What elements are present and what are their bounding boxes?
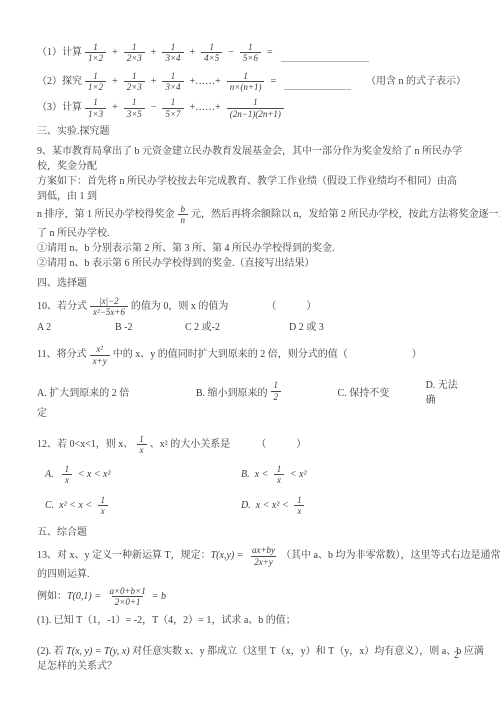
denominator: 2×3 — [124, 52, 145, 63]
denominator: 2 — [271, 391, 282, 402]
section-heading-comprehensive: 五、综合题 — [37, 525, 466, 540]
problem-12: 12、若 0<x<1，则 x、 1x 、x² 的大小关系是 （ ） A. 1x … — [37, 434, 466, 516]
numerator: 1 — [90, 42, 101, 52]
fraction: 13×4 — [162, 71, 183, 93]
document-page: （1）计算 11×2 + 12×3 + 13×4 + 14×5 − 15×6 =… — [0, 0, 500, 707]
fraction: ax+by2x+y — [249, 545, 278, 567]
fraction: 14×5 — [201, 42, 222, 64]
calc-problem-1-label: （1）计算 — [37, 47, 82, 59]
problem-11-text2: 中的 x、y 的值同时扩大到原来的 2 倍，则分式的值（ — [113, 349, 348, 361]
option-b-text: B. 缩小到原来的 — [196, 384, 268, 399]
calc-problem-2-label: （2）探究 — [37, 76, 82, 88]
fraction: 15×7 — [162, 97, 183, 119]
fraction: 11×3 — [85, 97, 106, 119]
example-rhs: = b — [152, 591, 166, 603]
plus-operator: + — [151, 47, 157, 59]
fraction: 1(2n−1)(2n+1) — [227, 97, 284, 119]
problem-9-subquestion-1: ①请用 n、b 分别表示第 2 所、第 3 所、第 4 所民办学校得到的奖金. — [37, 241, 466, 256]
problem-10-question: 10、若分式 |x|−2x²−5x+6 的值为 0，则 x 的值为 （ ） — [37, 296, 466, 318]
problem-13-definition: 13、对 x、y 定义一种新运算 T，规定： T(x,y) = ax+by2x+… — [37, 545, 466, 567]
denominator: 1×3 — [85, 108, 106, 119]
fraction: 1x — [274, 464, 285, 486]
option-c: C. 保持不变 — [338, 384, 426, 399]
problem-13-text: 13、对 x、y 定义一种新运算 T，规定： — [37, 550, 211, 562]
option-a-expr: < x < x² — [75, 469, 110, 480]
example-label: 例如： — [37, 591, 67, 603]
section-heading-experiment: 三、实验.探究题 — [37, 124, 466, 139]
equals-sign: = — [270, 76, 276, 88]
fraction: 11×2 — [85, 71, 106, 93]
option-d: D 2 或 3 — [289, 320, 324, 335]
calc-problem-2: （2）探究 11×2 + 12×3 + 13×4 +……+ 1n×(n+1) =… — [37, 71, 466, 93]
example-lhs: T(0,1) = — [67, 591, 103, 603]
problem-9-line3: n 排序，第 1 所民办学校得奖金 bn 元，然后再将余额除以 n，发给第 2 … — [37, 204, 466, 226]
problem-13-example: 例如： T(0,1) = a×0+b×12×0+1 = b — [37, 586, 466, 608]
problem-13: 13、对 x、y 定义一种新运算 T，规定： T(x,y) = ax+by2x+… — [37, 545, 466, 673]
numerator: 1 — [129, 71, 140, 81]
fraction: 12×3 — [124, 71, 145, 93]
problem-10-text2: 的值为 0，则 x 的值为 — [131, 301, 229, 313]
numerator: 1 — [168, 42, 179, 52]
problem-12-question: 12、若 0<x<1，则 x、 1x 、x² 的大小关系是 （ ） — [37, 434, 466, 456]
ellipsis-plus-operator: +……+ — [190, 102, 221, 114]
problem-10: 10、若分式 |x|−2x²−5x+6 的值为 0，则 x 的值为 （ ） A … — [37, 296, 466, 336]
denominator: 1×2 — [85, 52, 106, 63]
denominator: x — [274, 474, 284, 485]
fraction: 1x — [294, 495, 305, 517]
option-b-expr-left: B. x < — [241, 469, 271, 480]
fraction: 1x — [62, 464, 73, 486]
plus-operator: + — [112, 76, 118, 88]
denominator: 1×2 — [85, 81, 106, 92]
problem-10-options: A 2 B -2 C 2 或-2 D 2 或 3 — [37, 320, 466, 335]
fraction: 12 — [271, 380, 282, 402]
option-d-expr: D. x < x² < — [241, 500, 291, 511]
fraction: 11×2 — [85, 42, 106, 64]
problem-9-subquestion-2: ②请用 n、b 表示第 6 所民办学校得到的奖金.（直接写出结果） — [37, 256, 466, 271]
numerator: 1 — [136, 434, 147, 444]
numerator: b — [178, 204, 189, 214]
plus-operator: + — [112, 47, 118, 59]
plus-operator: + — [112, 102, 118, 114]
answer-paren-close: ） — [412, 349, 422, 361]
problem-9-line2: 方案如下：首先将 n 所民办学校按去年完成教育、教学工作业绩（假设工作业绩均不相… — [37, 174, 466, 204]
numerator: 1 — [129, 42, 140, 52]
option-c: C 2 或-2 — [185, 320, 289, 335]
calc-problem-1: （1）计算 11×2 + 12×3 + 13×4 + 14×5 − 15×6 = — [37, 42, 466, 64]
numerator: x² — [93, 344, 106, 354]
option-d-wrap: 定 — [37, 406, 466, 421]
denominator: 2×3 — [124, 81, 145, 92]
fraction: 13×5 — [124, 97, 145, 119]
answer-paren: （ ） — [256, 439, 306, 451]
denominator: n×(n+1) — [227, 81, 265, 92]
fraction: 1x — [136, 434, 147, 456]
option-b: B. x < 1x < x² — [241, 464, 466, 486]
subquestion-2-equation: T(x, y) = T(y, x) — [66, 644, 129, 659]
fraction: 12×3 — [124, 42, 145, 64]
problem-11-text: 11、将分式 — [37, 349, 87, 361]
denominator: x — [62, 474, 72, 485]
problem-10-text: 10、若分式 — [37, 301, 87, 313]
problem-11-question: 11、将分式 x²x+y 中的 x、y 的值同时扩大到原来的 2 倍，则分式的值… — [37, 344, 466, 366]
fraction: 15×6 — [240, 42, 261, 64]
problem-13-text2: （其中 a、b 均为非零常数），这里等式右边是通常 — [281, 550, 500, 562]
calc-problem-3: （3）计算 11×3 + 13×5 − 15×7 +……+ 1(2n−1)(2n… — [37, 97, 466, 119]
problem-13-line2: 的四则运算. — [37, 567, 466, 582]
denominator: 5×7 — [162, 108, 183, 119]
denominator: (2n−1)(2n+1) — [227, 108, 284, 119]
denominator: 3×4 — [162, 52, 183, 63]
option-a: A 2 — [37, 320, 115, 335]
equals-sign: = — [267, 47, 273, 59]
problem-13-subquestion-2: (2). 若 T(x, y) = T(y, x) 对任意实数 x、y 都成立（这… — [37, 644, 466, 659]
problem-11: 11、将分式 x²x+y 中的 x、y 的值同时扩大到原来的 2 倍，则分式的值… — [37, 344, 466, 421]
numerator: 1 — [168, 97, 179, 107]
fraction: 1n×(n+1) — [227, 71, 265, 93]
numerator: 1 — [274, 464, 285, 474]
fraction: x²x+y — [90, 344, 110, 366]
numerator: 1 — [168, 71, 179, 81]
option-b: B -2 — [115, 320, 185, 335]
t-operation-lhs: T(x,y) = — [211, 550, 246, 562]
minus-operator: − — [151, 102, 157, 114]
fraction: a×0+b×12×0+1 — [106, 586, 148, 608]
option-a: A. 1x < x < x² — [45, 464, 241, 486]
problem-9-line3-text2: 元，然后再将余额除以 n，发给第 2 所民办学校，按此方法将奖金逐一发给 — [191, 207, 500, 222]
denominator: n — [178, 214, 189, 225]
fraction: |x|−2x²−5x+6 — [90, 296, 128, 318]
numerator: 1 — [245, 42, 256, 52]
section-heading-choice: 四、选择题 — [37, 276, 466, 291]
plus-operator: + — [190, 47, 196, 59]
numerator: 1 — [271, 380, 282, 390]
answer-paren: （ ） — [266, 301, 316, 313]
minus-operator: − — [228, 47, 234, 59]
plus-operator: + — [151, 76, 157, 88]
answer-blank — [281, 49, 369, 62]
numerator: a×0+b×1 — [106, 586, 148, 596]
fraction: 1x — [98, 495, 109, 517]
denominator: 3×5 — [124, 108, 145, 119]
answer-blank — [284, 77, 351, 90]
problem-12-text: 12、若 0<x<1，则 x、 — [37, 439, 133, 451]
option-b-expr-right: < x² — [287, 469, 306, 480]
numerator: 1 — [206, 42, 217, 52]
denominator: x — [294, 505, 304, 516]
denominator: 2x+y — [251, 556, 276, 567]
denominator: 2×0+1 — [112, 596, 144, 607]
fraction: 13×4 — [162, 42, 183, 64]
denominator: x+y — [90, 355, 110, 366]
option-a-label: A. — [45, 469, 59, 480]
numerator: 1 — [90, 71, 101, 81]
problem-9: 9、某市教育局拿出了 b 元资金建立民办教育发展基金会，其中一部分作为奖金发给了… — [37, 144, 466, 271]
numerator: 1 — [90, 97, 101, 107]
problem-11-options: A. 扩大到原来的 2 倍 B. 缩小到原来的 12 C. 保持不变 D. 无法… — [37, 376, 466, 406]
page-number: 2 — [454, 650, 459, 661]
option-b: B. 缩小到原来的 12 — [196, 380, 338, 402]
numerator: |x|−2 — [96, 296, 122, 306]
denominator: x — [137, 444, 147, 455]
problem-13-subquestion-1: (1). 已知 T（1，-1）= -2，T（4，2）= 1，试求 a、b 的值； — [37, 613, 466, 628]
problem-12-options: A. 1x < x < x² B. x < 1x < x² C. x² < x … — [45, 464, 466, 516]
problem-9-line3-text: n 排序，第 1 所民办学校得奖金 — [37, 207, 175, 222]
ellipsis-plus-operator: +……+ — [190, 76, 221, 88]
numerator: 1 — [98, 495, 109, 505]
numerator: 1 — [240, 71, 251, 81]
calc-problem-3-label: （3）计算 — [37, 102, 82, 114]
subquestion-2-text: (2). 若 — [37, 644, 66, 659]
problem-12-text2: 、x² 的大小关系是 — [150, 439, 231, 451]
fraction: bn — [178, 204, 189, 226]
hint-text: （用含 n 的式子表示） — [366, 76, 466, 88]
numerator: 1 — [129, 97, 140, 107]
option-d: D. 无法确 — [426, 376, 466, 406]
option-c-expr: C. x² < x < — [45, 500, 95, 511]
numerator: 1 — [294, 495, 305, 505]
denominator: 5×6 — [240, 52, 261, 63]
subquestion-2-text2: 对任意实数 x、y 都成立（这里 T（x，y）和 T（y，x）均有意义），则 a… — [130, 644, 484, 659]
option-c: C. x² < x < 1x — [45, 495, 241, 517]
denominator: 4×5 — [201, 52, 222, 63]
denominator: x²−5x+6 — [90, 306, 128, 317]
problem-13-subquestion-2-wrap: 足怎样的关系式？ — [37, 659, 466, 674]
numerator: ax+by — [249, 545, 278, 555]
problem-9-line1: 9、某市教育局拿出了 b 元资金建立民办教育发展基金会，其中一部分作为奖金发给了… — [37, 144, 466, 174]
problem-9-line4: 了 n 所民办学校. — [37, 226, 466, 241]
option-d: D. x < x² < 1x — [241, 495, 466, 517]
denominator: x — [98, 505, 108, 516]
numerator: 1 — [250, 97, 261, 107]
numerator: 1 — [62, 464, 73, 474]
option-a: A. 扩大到原来的 2 倍 — [37, 384, 196, 399]
denominator: 3×4 — [162, 81, 183, 92]
